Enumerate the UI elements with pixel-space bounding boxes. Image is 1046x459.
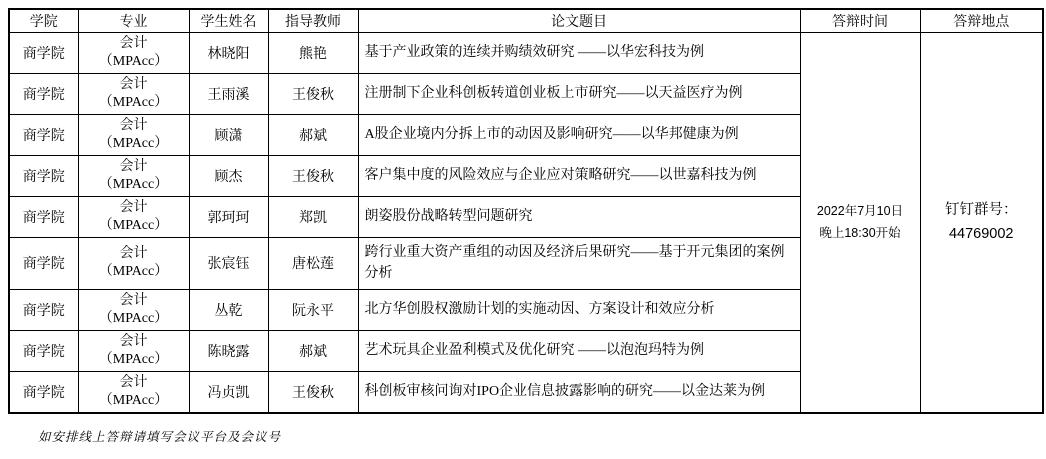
cell-thesis-title: 基于产业政策的连续并购绩效研究 ——以华宏科技为例 bbox=[358, 32, 800, 73]
cell-college: 商学院 bbox=[9, 114, 78, 155]
cell-student-name: 陈晓露 bbox=[189, 330, 268, 371]
cell-advisor: 郑凯 bbox=[268, 196, 358, 237]
cell-student-name: 顾杰 bbox=[189, 155, 268, 196]
major-line1: 会计 bbox=[82, 292, 186, 310]
cell-student-name: 王雨溪 bbox=[189, 73, 268, 114]
cell-college: 商学院 bbox=[9, 330, 78, 371]
major-line1: 会计 bbox=[82, 117, 186, 135]
major-line1: 会计 bbox=[82, 35, 186, 53]
header-defense-time: 答辩时间 bbox=[800, 9, 920, 32]
header-major: 专业 bbox=[78, 9, 189, 32]
major-line1: 会计 bbox=[82, 199, 186, 217]
cell-advisor: 唐松莲 bbox=[268, 237, 358, 289]
cell-major: 会计 （MPAcc） bbox=[78, 73, 189, 114]
cell-major: 会计 （MPAcc） bbox=[78, 237, 189, 289]
major-line2: （MPAcc） bbox=[82, 392, 186, 410]
cell-college: 商学院 bbox=[9, 237, 78, 289]
cell-advisor: 熊艳 bbox=[268, 32, 358, 73]
cell-college: 商学院 bbox=[9, 289, 78, 330]
cell-student-name: 郭珂珂 bbox=[189, 196, 268, 237]
cell-defense-location: 钉钉群号： 44769002 bbox=[920, 32, 1043, 413]
major-line1: 会计 bbox=[82, 76, 186, 94]
cell-advisor: 郝斌 bbox=[268, 330, 358, 371]
major-line2: （MPAcc） bbox=[82, 94, 186, 112]
cell-college: 商学院 bbox=[9, 32, 78, 73]
major-line2: （MPAcc） bbox=[82, 53, 186, 71]
cell-major: 会计 （MPAcc） bbox=[78, 289, 189, 330]
cell-major: 会计 （MPAcc） bbox=[78, 371, 189, 413]
cell-advisor: 王俊秋 bbox=[268, 371, 358, 413]
cell-defense-time: 2022年7月10日 晚上18:30开始 bbox=[800, 32, 920, 413]
table-header-row: 学院 专业 学生姓名 指导教师 论文题目 答辩时间 答辩地点 bbox=[9, 9, 1043, 32]
header-student-name: 学生姓名 bbox=[189, 9, 268, 32]
cell-student-name: 林晓阳 bbox=[189, 32, 268, 73]
cell-thesis-title: 艺术玩具企业盈利模式及优化研究 ——以泡泡玛特为例 bbox=[358, 330, 800, 371]
header-thesis-title: 论文题目 bbox=[358, 9, 800, 32]
cell-advisor: 阮永平 bbox=[268, 289, 358, 330]
major-line2: （MPAcc） bbox=[82, 263, 186, 281]
footnote: 如安排线上答辩请填写会议平台及会议号 bbox=[38, 427, 281, 445]
major-line1: 会计 bbox=[82, 245, 186, 263]
major-line1: 会计 bbox=[82, 158, 186, 176]
cell-thesis-title: 客户集中度的风险效应与企业应对策略研究——以世嘉科技为例 bbox=[358, 155, 800, 196]
cell-major: 会计 （MPAcc） bbox=[78, 114, 189, 155]
major-line2: （MPAcc） bbox=[82, 176, 186, 194]
cell-thesis-title: 注册制下企业科创板转道创业板上市研究——以天益医疗为例 bbox=[358, 73, 800, 114]
cell-student-name: 冯贞凯 bbox=[189, 371, 268, 413]
cell-thesis-title: A股企业境内分拆上市的动因及影响研究——以华邦健康为例 bbox=[358, 114, 800, 155]
cell-major: 会计 （MPAcc） bbox=[78, 330, 189, 371]
header-college: 学院 bbox=[9, 9, 78, 32]
cell-thesis-title: 北方华创股权激励计划的实施动因、方案设计和效应分析 bbox=[358, 289, 800, 330]
cell-advisor: 王俊秋 bbox=[268, 155, 358, 196]
cell-thesis-title: 跨行业重大资产重组的动因及经济后果研究——基于开元集团的案例分析 bbox=[358, 237, 800, 289]
defense-schedule-table: 学院 专业 学生姓名 指导教师 论文题目 答辩时间 答辩地点 商学院 会计 （M… bbox=[8, 8, 1044, 414]
cell-college: 商学院 bbox=[9, 371, 78, 413]
major-line2: （MPAcc） bbox=[82, 310, 186, 328]
cell-college: 商学院 bbox=[9, 73, 78, 114]
header-defense-location: 答辩地点 bbox=[920, 9, 1043, 32]
cell-student-name: 丛乾 bbox=[189, 289, 268, 330]
major-line1: 会计 bbox=[82, 333, 186, 351]
cell-major: 会计 （MPAcc） bbox=[78, 196, 189, 237]
cell-college: 商学院 bbox=[9, 196, 78, 237]
header-advisor: 指导教师 bbox=[268, 9, 358, 32]
major-line2: （MPAcc） bbox=[82, 217, 186, 235]
cell-thesis-title: 朗姿股份战略转型问题研究 bbox=[358, 196, 800, 237]
cell-advisor: 王俊秋 bbox=[268, 73, 358, 114]
cell-advisor: 郝斌 bbox=[268, 114, 358, 155]
major-line2: （MPAcc） bbox=[82, 351, 186, 369]
defense-location-line2: 44769002 bbox=[924, 222, 1040, 246]
cell-student-name: 顾潇 bbox=[189, 114, 268, 155]
cell-major: 会计 （MPAcc） bbox=[78, 32, 189, 73]
document-page: 学院 专业 学生姓名 指导教师 论文题目 答辩时间 答辩地点 商学院 会计 （M… bbox=[0, 0, 1046, 459]
defense-time-line1: 2022年7月10日 bbox=[804, 200, 917, 222]
table-row: 商学院 会计 （MPAcc） 林晓阳 熊艳 基于产业政策的连续并购绩效研究 ——… bbox=[9, 32, 1043, 73]
cell-major: 会计 （MPAcc） bbox=[78, 155, 189, 196]
major-line1: 会计 bbox=[82, 374, 186, 392]
defense-time-line2: 晚上18:30开始 bbox=[804, 222, 917, 244]
major-line2: （MPAcc） bbox=[82, 135, 186, 153]
cell-student-name: 张宸钰 bbox=[189, 237, 268, 289]
cell-college: 商学院 bbox=[9, 155, 78, 196]
defense-location-line1: 钉钉群号： bbox=[924, 198, 1040, 222]
cell-thesis-title: 科创板审核问询对IPO企业信息披露影响的研究——以金达莱为例 bbox=[358, 371, 800, 413]
